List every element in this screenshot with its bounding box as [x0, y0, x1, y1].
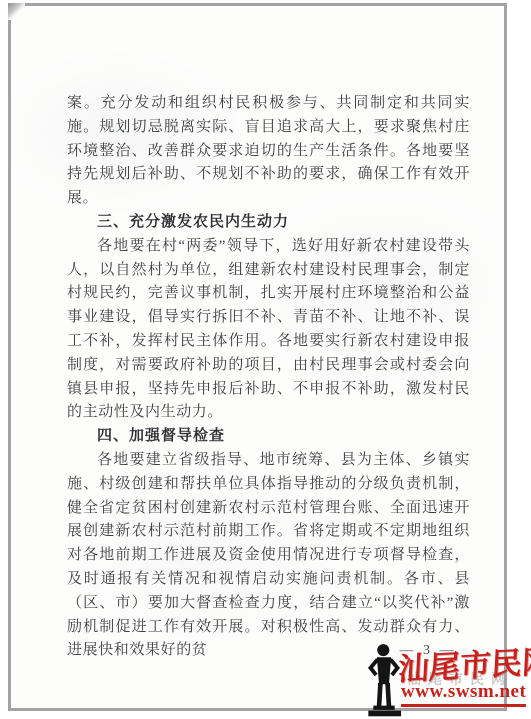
section-heading-3: 三、充分激发农民内生动力 [67, 211, 470, 235]
paragraph-continuation: 案。充分发动和组织村民积极参与、共同制定和共同实施。规划切忌脱离实际、盲目追求高… [67, 92, 470, 211]
watermark-logo: 汕尾市民网 汕尾市民网 www.swsm.net [359, 641, 529, 719]
scanned-document-page: { "page": { "number_label": "— 3 —" }, "… [0, 0, 531, 719]
paragraph-section-4: 各地要建立省级指导、地市统筹、县为主体、乡镇实施、村级创建和帮扶单位具体指导推动… [67, 449, 470, 663]
watermark-site-url: www.swsm.net [401, 681, 526, 707]
corner-fold [8, 3, 25, 20]
paragraph-section-3: 各地要在村“两委”领导下，选好用好新农村建设带头人，以自然村为单位，组建新农村建… [67, 235, 470, 425]
document-text-block: 案。充分发动和组织村民积极参与、共同制定和共同实施。规划切忌脱离实际、盲目追求高… [67, 92, 470, 663]
section-heading-4: 四、加强督导检查 [67, 425, 470, 449]
